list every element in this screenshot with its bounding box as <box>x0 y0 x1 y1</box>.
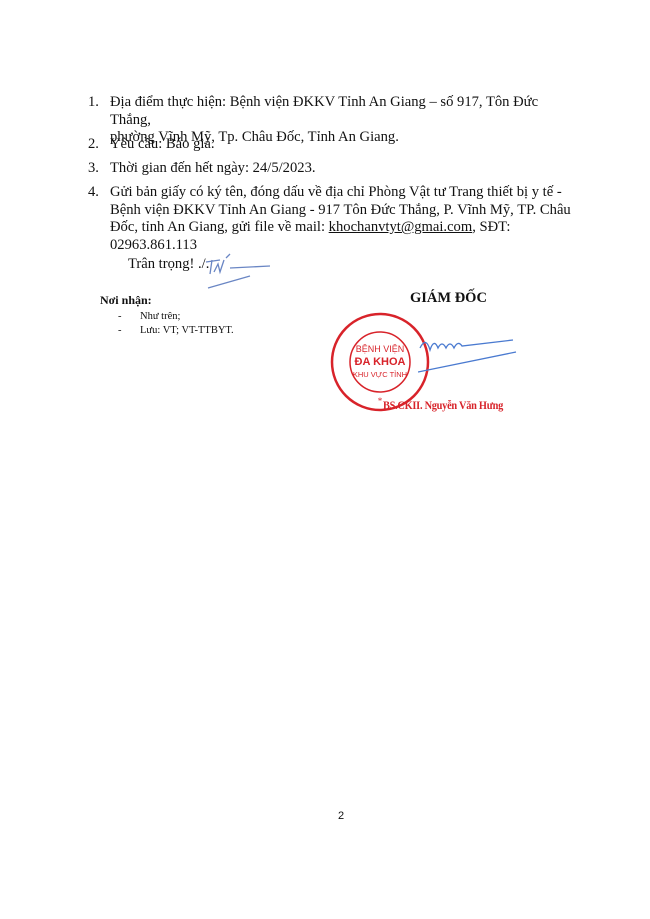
email-link[interactable]: khochanvtyt@gmai.com <box>329 219 473 235</box>
stamp-line3: KHU VỰC TỈNH <box>353 370 407 379</box>
item-text-part: , SĐT: <box>472 219 510 235</box>
stamp-star: * <box>378 396 383 406</box>
item-text: 02963.861.113 <box>110 237 580 255</box>
recipient-text: Lưu: VT; VT-TTBYT. <box>140 325 234 336</box>
initial-signature-icon <box>200 250 280 290</box>
item-number: 1. <box>88 94 99 112</box>
item-number: 4. <box>88 184 99 202</box>
director-title: GIÁM ĐỐC <box>410 290 487 307</box>
recipient-text: Như trên; <box>140 311 180 322</box>
item-text: Thời gian đến hết ngày: 24/5/2023. <box>110 160 580 178</box>
page-number: 2 <box>338 810 344 822</box>
item-text: Yêu cầu: Báo giá. <box>110 136 580 154</box>
document-page: 1. Địa điểm thực hiện: Bệnh viện ĐKKV Tỉ… <box>0 0 650 919</box>
item-text: Gửi bản giấy có ký tên, đóng dấu về địa … <box>110 184 580 202</box>
item-text-part: Đốc, tỉnh An Giang, gửi file về mail: <box>110 219 329 235</box>
director-signature-icon <box>418 330 518 380</box>
item-text: Bệnh viện ĐKKV Tỉnh An Giang - 917 Tôn Đ… <box>110 202 580 220</box>
dash: - <box>118 311 140 322</box>
item-text: Đốc, tỉnh An Giang, gửi file về mail: kh… <box>110 219 580 237</box>
signer-name: BS.CKII. Nguyễn Văn Hưng <box>383 400 503 412</box>
recipients-title: Nơi nhận: <box>100 293 152 308</box>
stamp-line1: BỆNH VIỆN <box>356 344 405 354</box>
recipient-item: -Lưu: VT; VT-TTBYT. <box>118 325 234 336</box>
item-text: Địa điểm thực hiện: Bệnh viện ĐKKV Tỉnh … <box>110 94 580 129</box>
recipient-item: -Như trên; <box>118 311 180 322</box>
item-number: 2. <box>88 136 99 154</box>
greeting: Trân trọng! ./. <box>128 256 209 273</box>
dash: - <box>118 325 140 336</box>
stamp-line2: ĐA KHOA <box>355 356 406 368</box>
item-number: 3. <box>88 160 99 178</box>
